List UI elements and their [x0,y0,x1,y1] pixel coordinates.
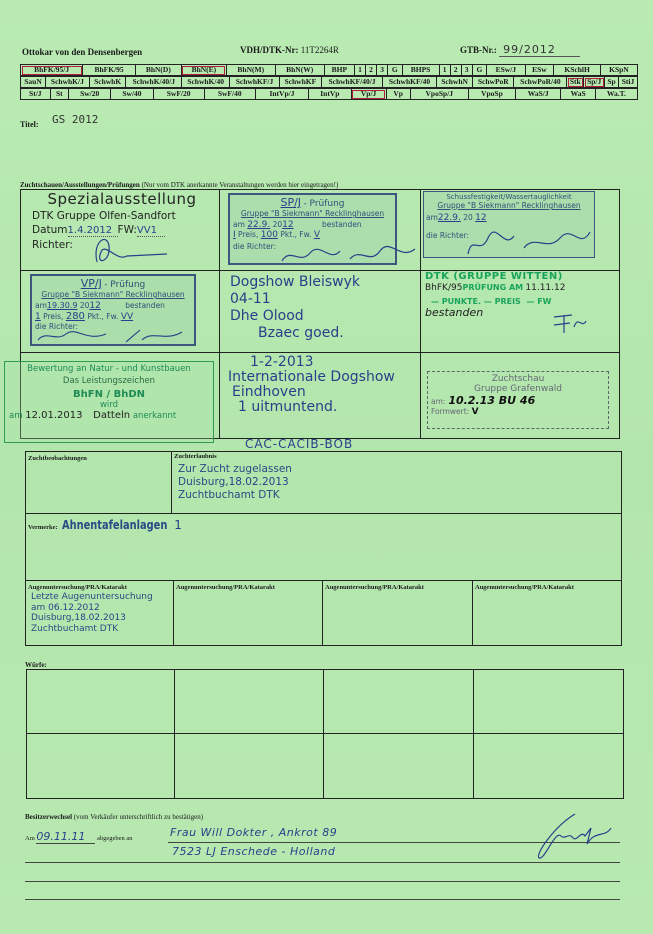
litters-grid [26,669,624,799]
witten-preis-label: PREIS [495,297,521,306]
eindhoven-line-3: Eindhoven [228,385,420,400]
erlaubnis-date: 18.02.2013 [229,476,289,488]
exam-code-cell: VpoSp/J [410,89,468,100]
exam-code-cell: 2 [366,65,377,76]
event-eindhoven-dogshow: 1-2-2013 Internationale Dogshow Eindhove… [228,355,420,415]
vermerke-row: Vermerke: Ahnentafelanlagen 1 [28,516,186,534]
exam-code-cell: KSpN [600,65,637,76]
exam-code-cell: BhFK/95/J [21,65,83,76]
exam-code-cell: KSchlH [554,65,601,76]
spj-preis-row: I Preis, 100 Pkt., Fw. V [230,230,395,240]
vpj-year-value: 12 [89,301,100,311]
owner-address-line-1: Frau Will Dokter , Ankrot 89 [170,826,337,839]
event-natur-stamp: Bewertung an Natur - und Kunstbauen Das … [4,361,214,443]
exam-codes-row-2: SauNSchwhK/JSchwhKSchwhK/40/JSchwhK/40Sc… [20,76,638,88]
witten-punkte-row: — PUNKTE. — PREIS — FW [425,297,615,306]
exam-codes-row-1: BhFK/95/JBhFK/95BhN(D)BhN(E)BhN(M)BhN(W)… [20,64,638,76]
exam-code-cell: Stk [567,77,584,88]
spj-signature-icon [280,245,420,267]
dogshow-line-1: Dogshow Bleiswyk [230,274,420,291]
judge-signature-icon [87,232,177,270]
events-section-label: Zuchtschauen/Ausstellungen/Prüfungen (Nu… [20,181,338,189]
zuchtschau-group: Gruppe Grafenwald [428,384,608,394]
event-vpj-stamp: VP/J - Prüfung Gruppe "B Siekmann" Reckl… [30,274,196,346]
exam-code-cell: ESw/J [487,65,525,76]
spj-group: Gruppe "B Siekmann" Recklinghausen [230,209,395,218]
zuchtschau-title: Zuchtschau [428,374,608,384]
gtb-label: GTB-Nr.: [460,45,497,55]
datum-label: Datum [32,224,68,236]
zuchtschau-date-row: am: 10.2.13 BU 46 [428,394,608,407]
events-label-note: (Nur vom DTK anerkannte Veranstaltungen … [142,181,339,189]
erlaubnis-line-3: Zuchtbuchamt DTK [178,489,292,502]
exam-code-cell: G [388,65,402,76]
exam-code-cell: ESw [525,65,554,76]
exam-codes-row-3: St/JStSw/20Sw/40SwF/20SwF/40IntVp/JIntVp… [20,88,638,100]
natur-place-hand: Datteln [93,410,130,421]
eye-exam-label-1: Augenuntersuchung/PRA/Katarakt [28,584,127,591]
spj-year-value: 12 [282,220,293,230]
event-spj-stamp: SP/J - Prüfung Gruppe "B Siekmann" Reckl… [228,193,397,265]
dog-name: Ottokar von den Densenbergen [22,47,142,57]
vermerke-value: Ahnentafelanlagen [62,518,167,532]
natur-am-value: 12.01.2013 [25,410,82,421]
spj-pkt-label: Pkt., Fw. [280,230,311,239]
dogshow-line-4: Bzaec goed. [230,325,420,342]
exam-code-cell: Wa.T. [595,89,637,100]
natur-code: BhFN / BhDN [5,389,213,400]
litters-label: Würfe: [25,661,47,669]
exam-code-cell: SwF/40 [204,89,255,100]
eye-place-date: 18.02.2013 [74,613,126,623]
exam-code-cell: WaS/J [515,89,560,100]
spj-date-row: am 22.9. 2012 bestanden [230,220,395,230]
owner-am-label: Am [25,835,35,842]
exam-code-cell: 3 [461,65,472,76]
exam-code-cell: St [50,89,68,100]
pedigree-document: Ottokar von den Densenbergen VDH/DTK-Nr:… [0,0,653,934]
vpj-preis-row: 1 Preis, 280 Pkt., Fw. VV [32,311,194,322]
dogshow-line-2: 04-11 [230,291,420,308]
exam-code-cell: StiJ [618,77,637,88]
exam-code-cell: 1 [354,65,365,76]
event-dogshow-bleiswyk: Dogshow Bleiswyk 04-11 Dhe Olood Bzaec g… [230,274,420,342]
exam-code-cell: SchwhK [89,77,126,88]
exam-code-cell: Sp/J [584,77,605,88]
dogshow-line-3: Dhe Olood [230,308,420,325]
schuss-signature-icon [464,230,594,258]
vermerke-count: 1 [174,518,182,532]
witten-title: DTK (GRUPPE WITTEN) [425,271,615,282]
exam-code-cell: SchwhKF [279,77,321,88]
spj-title-hand: SP/J [280,196,301,209]
event-witten-stamp: DTK (GRUPPE WITTEN) BhFK/95PRÜFUNG AM 11… [425,271,615,319]
spj-title-print: - Prüfung [303,199,344,209]
owner-label-note: (vom Verkäufer unterschriftlich zu bestä… [74,813,203,821]
zuchtschau-am-value: 10.2.13 BU 46 [448,394,535,407]
zuchtschau-formwert-label: Formwert: [431,407,469,416]
natur-date-row: am 12.01.2013 Datteln anerkannt [5,410,213,421]
spj-preis-value: I [233,230,236,240]
eye-office: Zuchtbuchamt DTK [31,624,153,635]
exam-code-cell: SwF/20 [153,89,204,100]
exam-code-cell: SchwhKF/40 [383,77,437,88]
schuss-group: Gruppe "B Siekmann" Recklinghausen [424,201,594,210]
exam-code-cell: Vp/J [351,89,386,100]
eye-am-value: 06.12.2012 [48,603,100,613]
witten-code-hand: BhFK/95 [425,283,462,293]
exam-code-cell: 2 [450,65,461,76]
spj-am-label: am [233,220,245,229]
exam-code-cell: VpoSp [468,89,515,100]
titel-value: GS 2012 [52,113,98,126]
exam-code-cell: SchwPoR/40 [514,77,567,88]
owner-label-bold: Besitzerwechsel [25,813,72,821]
witten-date-hand: 11.11.12 [525,283,565,293]
owner-change-label: Besitzerwechsel (vom Verkäufer unterschr… [25,813,203,821]
exam-code-cell: IntVp/J [255,89,308,100]
natur-title: Bewertung an Natur - und Kunstbauen [5,364,213,374]
exam-code-cell: SauN [21,77,46,88]
eye-exam-stamp: Letzte Augenuntersuchung am 06.12.2012 D… [31,592,153,634]
spezial-group: DTK Gruppe Olfen-Sandfort [32,210,212,222]
schuss-title: Schussfestigkeit/Wassertauglichkeit [424,193,594,201]
eye-exam-label-4: Augenuntersuchung/PRA/Katarakt [475,584,574,591]
exam-code-cell: Sw/20 [69,89,111,100]
eye-line-1: Letzte Augenuntersuchung [31,592,153,603]
schuss-am-label: am [426,213,438,222]
vdh-label: VDH/DTK-Nr: [240,45,299,55]
exam-code-cell: SchwhK/J [46,77,90,88]
exam-code-cell: SchwPoR [473,77,514,88]
cac-cacib-bob-note: CAC-CACIB-BOB [245,437,353,451]
exam-code-cell: BhN(E) [181,65,226,76]
exam-code-cell: SchwhKF/40/J [321,77,382,88]
eindhoven-line-4: 1 uitmuntend. [228,400,420,415]
vpj-am-value: 19.30.9 [47,301,78,310]
exam-code-cell: SchwhKF/J [230,77,279,88]
exam-code-cell: BhN(D) [135,65,181,76]
vpj-signature-icon [36,328,186,344]
exam-code-cell: SchwhK/40/J [126,77,181,88]
exam-code-cell: BHP [324,65,354,76]
schuss-year-prefix: 20 [463,213,473,222]
gtb-number: GTB-Nr.: 99/2012 [460,43,580,56]
exam-code-cell: IntVp [309,89,351,100]
vpj-title-print: - Prüfung [104,280,145,290]
zuchterlaubnis-stamp: Zur Zucht zugelassen Duisburg,18.02.2013… [178,463,292,502]
owner-am-value: 09.11.11 [36,830,95,844]
schuss-date-row: am22.9. 20 12 [424,213,594,223]
vpj-group: Gruppe "B Siekmann" Recklinghausen [32,290,194,299]
spj-year-prefix: 20 [273,220,283,229]
natur-subtitle: Das Leistungszeichen [5,376,213,386]
natur-anerkannt: anerkannt [133,411,176,421]
schuss-year-value: 12 [475,213,486,223]
exam-code-cell: SchwhN [436,77,472,88]
vpj-title-hand: VP/J [81,277,102,290]
vpj-date-row: am19.30.9 2012 bestanden [32,301,194,311]
vpj-pkt-value: 280 [66,311,85,322]
eindhoven-line-1: 1-2-2013 [228,355,420,370]
witten-signature-icon [550,309,590,337]
erlaubnis-line-1: Zur Zucht zugelassen [178,463,292,476]
natur-wird: wird [5,400,213,410]
gtb-value: 99/2012 [499,43,580,57]
owner-abgegeben-label: abgegeben an [97,835,133,842]
spj-pkt-value: 100 [261,230,278,240]
eye-am-label: am [31,603,45,613]
exam-code-cell: 3 [377,65,388,76]
vpj-am-label: am [35,301,47,310]
spj-bestanden: bestanden [322,220,362,229]
witten-punkte-label: PUNKTE [442,297,478,306]
vpj-fw-value: VV [121,312,133,322]
vdh-number: VDH/DTK-Nr: 11T2264R [240,45,339,55]
zuchterlaubnis-label: Zuchterlaubnis [174,453,217,460]
exam-code-cell: 1 [439,65,450,76]
spj-preis-label: Preis, [238,230,258,239]
exam-code-cell: SchwhK/40 [181,77,229,88]
events-label-bold: Zuchtschauen/Ausstellungen/Prüfungen [20,181,140,189]
erlaubnis-line-2: Duisburg, [178,476,229,488]
schuss-am-value: 22.9. [438,213,461,223]
exam-code-cell: BHPS [402,65,439,76]
vdh-value: 11T2264R [301,45,339,55]
vpj-pkt-label: Pkt., Fw. [87,312,118,321]
exam-code-cell: Sw/40 [111,89,153,100]
exam-code-cell: WaS [561,89,595,100]
exam-code-cell: BhFK/95 [83,65,136,76]
eye-exam-label-3: Augenuntersuchung/PRA/Katarakt [325,584,424,591]
owner-address-line-2: 7523 LJ Enschede - Holland [172,845,335,858]
witten-fw-label: FW [537,297,551,306]
event-zuchtschau-stamp: Zuchtschau Gruppe Grafenwald am: 10.2.13… [427,371,609,429]
event-spezialausstellung: Spezialausstellung DTK Gruppe Olfen-Sand… [32,190,212,251]
event-schuss-stamp: Schussfestigkeit/Wassertauglichkeit Grup… [423,191,595,258]
exam-code-cell: Sp [605,77,619,88]
vpj-year-prefix: 20 [80,301,90,310]
seller-signature-icon [525,810,615,862]
zuchtschau-formwert-row: Formwert: V [428,407,608,417]
vermerke-label: Vermerke: [28,524,58,531]
eye-place: Duisburg, [31,613,74,623]
witten-pruefung-label: PRÜFUNG AM [462,283,523,292]
exam-code-cell: BhN(M) [226,65,275,76]
vpj-preis-value: 1 [35,312,41,322]
spezial-title: Spezialausstellung [32,190,212,208]
exam-code-cell: G [472,65,486,76]
spj-fw-value: V [314,230,320,240]
vpj-preis-label: Preis, [43,312,63,321]
owner-change-row: Am 09.11.11 abgegeben an [25,830,133,843]
eye-exam-label-2: Augenuntersuchung/PRA/Katarakt [176,584,275,591]
exam-code-cell: St/J [21,89,51,100]
natur-am-label: am [9,411,23,421]
zuchtbeobachtungen-label: Zuchtbeobachtungen [28,455,87,462]
zuchtschau-formwert-value: V [472,407,479,417]
exam-code-cell: Vp [386,89,410,100]
zuchtschau-am-label: am: [431,397,445,406]
titel-label: Titel: [20,120,39,129]
spj-am-value: 22.9. [247,220,270,230]
eindhoven-line-2: Internationale Dogshow [228,370,420,385]
exam-code-cell: BhN(W) [275,65,324,76]
vpj-bestanden: bestanden [125,301,165,310]
